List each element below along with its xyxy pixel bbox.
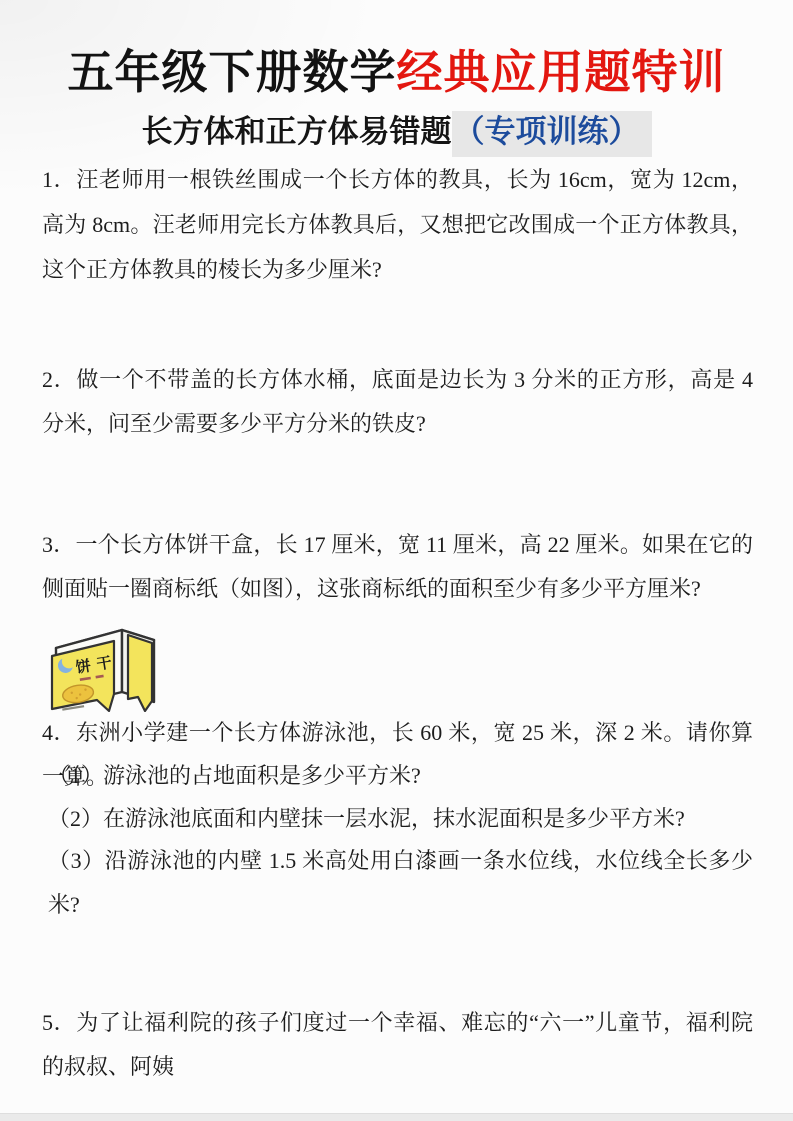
worksheet-page: 五年级下册数学经典应用题特训 长方体和正方体易错题（专项训练） 1．汪老师用一根… — [0, 0, 793, 1121]
page-subtitle-black-part: 长方体和正方体易错题 — [142, 114, 452, 149]
problem-4-sub-2: （2）在游泳池底面和内壁抹一层水泥，抹水泥面积是多少平方米? — [42, 797, 753, 841]
problem-2-text: 2．做一个不带盖的长方体水桶，底面是边长为 3 分米的正方形，高是 4 分米，问… — [42, 358, 753, 446]
problem-1-text: 1．汪老师用一根铁丝围成一个长方体的教具，长为 16cm，宽为 12cm，高为 … — [42, 157, 753, 292]
page-subtitle-blue-highlight: （专项训练） — [452, 111, 652, 157]
problem-3-text: 3．一个长方体饼干盒，长 17 厘米，宽 11 厘米，高 22 厘米。如果在它的… — [42, 523, 753, 611]
problem-4-sub-3: （3）沿游泳池的内壁 1.5 米高处用白漆画一条水位线，水位线全长多少米? — [42, 839, 753, 927]
page-subtitle: 长方体和正方体易错题（专项训练） — [0, 106, 793, 151]
page-title-black-part: 五年级下册数学 — [68, 46, 397, 98]
page-title: 五年级下册数学经典应用题特训 — [0, 36, 793, 102]
biscuit-box-illustration: 饼干 — [46, 614, 178, 712]
page-title-red-part: 经典应用题特训 — [397, 46, 726, 98]
problem-4-sub-1: （1）游泳池的占地面积是多少平方米? — [42, 754, 753, 798]
page-bottom-edge — [0, 1113, 793, 1121]
wrapper-side-panel — [128, 635, 152, 711]
problem-5-text: 5．为了让福利院的孩子们度过一个幸福、难忘的“六一”儿童节，福利院的叔叔、阿姨 — [42, 1001, 753, 1089]
biscuit-box-drawing: 饼干 — [46, 614, 178, 712]
